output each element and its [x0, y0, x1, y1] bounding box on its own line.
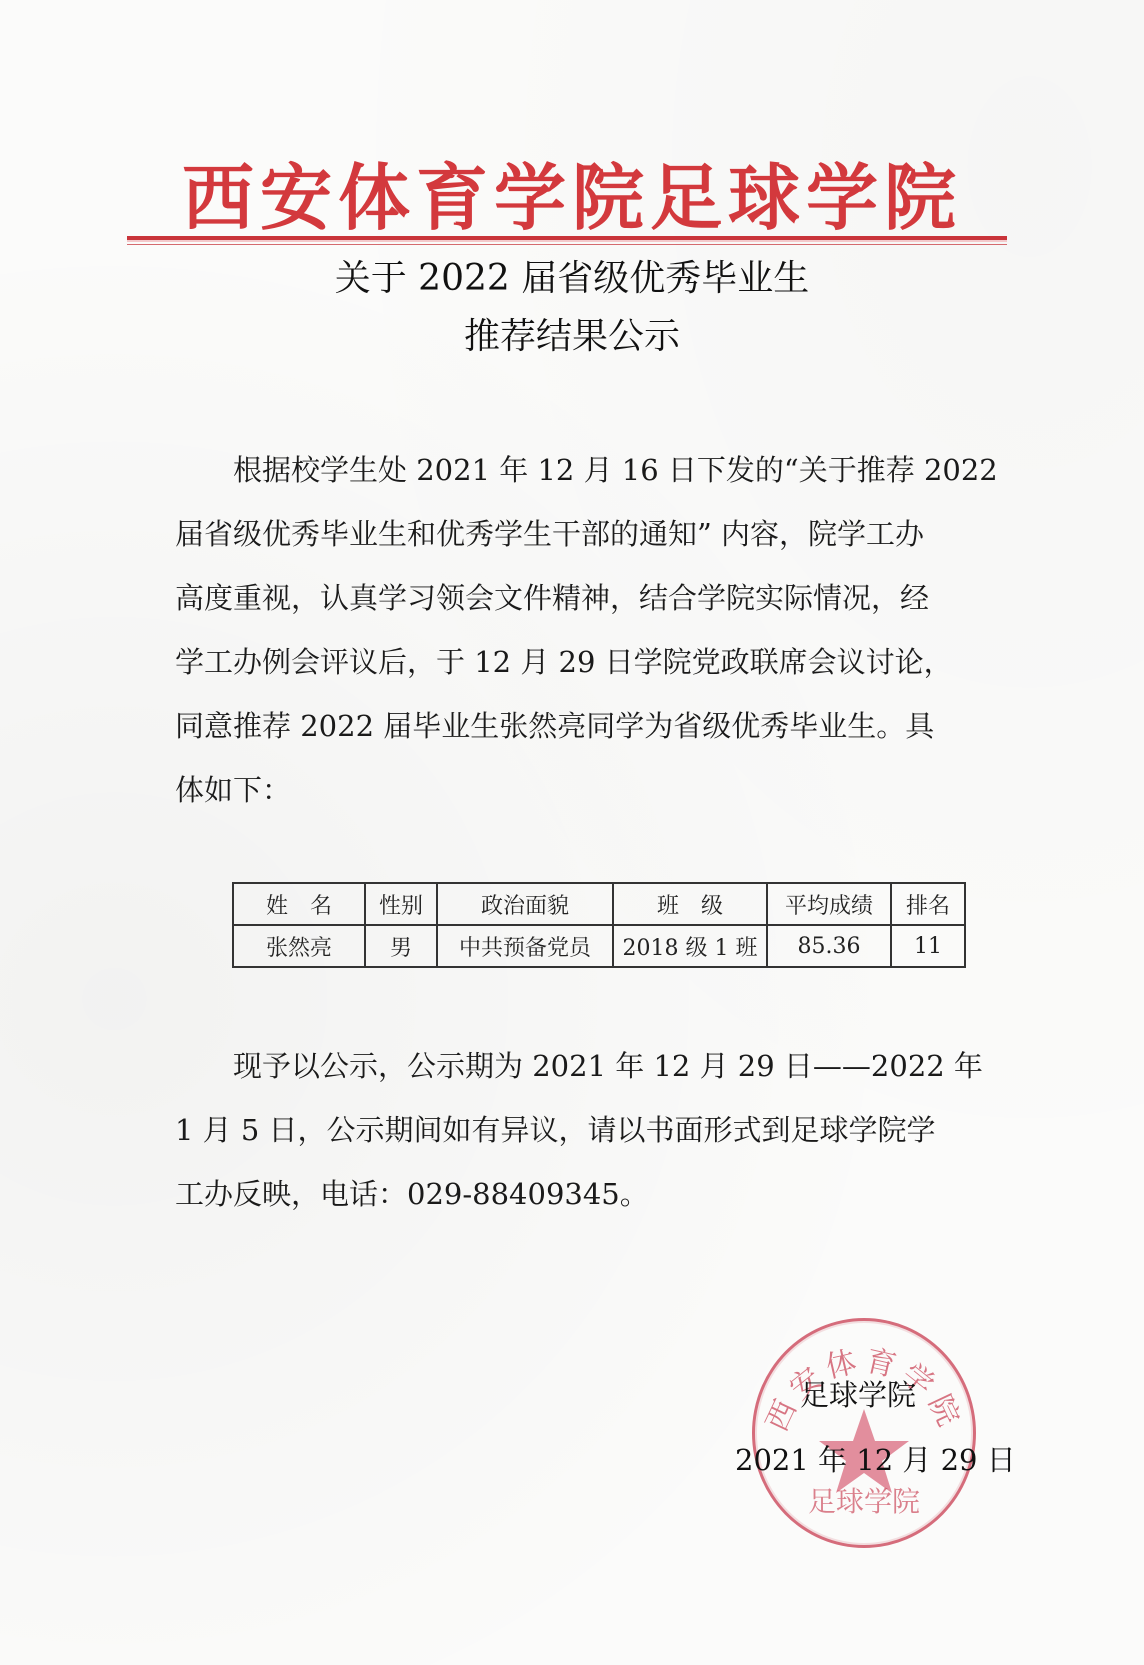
body-paragraph-2: 现予以公示，公示期为 2021 年 12 月 29 日——2022 年 1 月 …: [175, 1034, 995, 1226]
header-class: 班 级: [613, 883, 767, 925]
cell-political-status: 中共预备党员: [437, 925, 613, 967]
paragraph-line: 现予以公示，公示期为 2021 年 12 月 29 日——2022 年: [175, 1034, 995, 1098]
seal-bottom-text: 足球学院: [808, 1485, 920, 1518]
cell-rank: 11: [891, 925, 965, 967]
cell-gender: 男: [365, 925, 437, 967]
paragraph-line: 工办反映，电话：029-88409345。: [175, 1162, 995, 1226]
paragraph-line: 同意推荐 2022 届毕业生张然亮同学为省级优秀毕业生。具: [175, 694, 995, 758]
paragraph-line: 学工办例会评议后，于 12 月 29 日学院党政联席会议讨论，: [175, 630, 995, 694]
header-gender: 性别: [365, 883, 437, 925]
header-rank: 排名: [891, 883, 965, 925]
header-name: 姓 名: [233, 883, 365, 925]
header-average-score: 平均成绩: [767, 883, 891, 925]
signature-organization: 足球学院: [800, 1373, 916, 1414]
paragraph-line: 体如下：: [175, 758, 995, 822]
header-political-status: 政治面貌: [437, 883, 613, 925]
table-header-row: 姓 名 性别 政治面貌 班 级 平均成绩 排名: [233, 883, 965, 925]
letterhead-thin-rule: [127, 244, 1007, 245]
seal-star-icon: 西安体育学院 足球学院: [755, 1321, 973, 1545]
signature-date: 2021 年 12 月 29 日: [735, 1438, 1016, 1479]
document-title-line1: 关于 2022 届省级优秀毕业生: [0, 250, 1144, 301]
paragraph-line: 根据校学生处 2021 年 12 月 16 日下发的“关于推荐 2022: [175, 438, 995, 502]
paragraph-line: 高度重视，认真学习领会文件精神，结合学院实际情况，经: [175, 566, 995, 630]
paragraph-line: 1 月 5 日，公示期间如有异议，请以书面形式到足球学院学: [175, 1098, 995, 1162]
cell-average-score: 85.36: [767, 925, 891, 967]
cell-name: 张然亮: [233, 925, 365, 967]
cell-class: 2018 级 1 班: [613, 925, 767, 967]
document-title-line2: 推荐结果公示: [0, 308, 1144, 359]
recommendation-table: 姓 名 性别 政治面貌 班 级 平均成绩 排名 张然亮 男 中共预备党员 201…: [232, 882, 966, 968]
paragraph-line: 届省级优秀毕业生和优秀学生干部的通知” 内容，院学工办: [175, 502, 995, 566]
official-seal-stamp: 西安体育学院 足球学院: [752, 1318, 976, 1548]
body-paragraph-1: 根据校学生处 2021 年 12 月 16 日下发的“关于推荐 2022 届省级…: [175, 438, 995, 822]
letterhead-red-rule: [127, 236, 1007, 242]
table-row: 张然亮 男 中共预备党员 2018 级 1 班 85.36 11: [233, 925, 965, 967]
letterhead-org-name: 西安体育学院足球学院: [0, 140, 1144, 244]
